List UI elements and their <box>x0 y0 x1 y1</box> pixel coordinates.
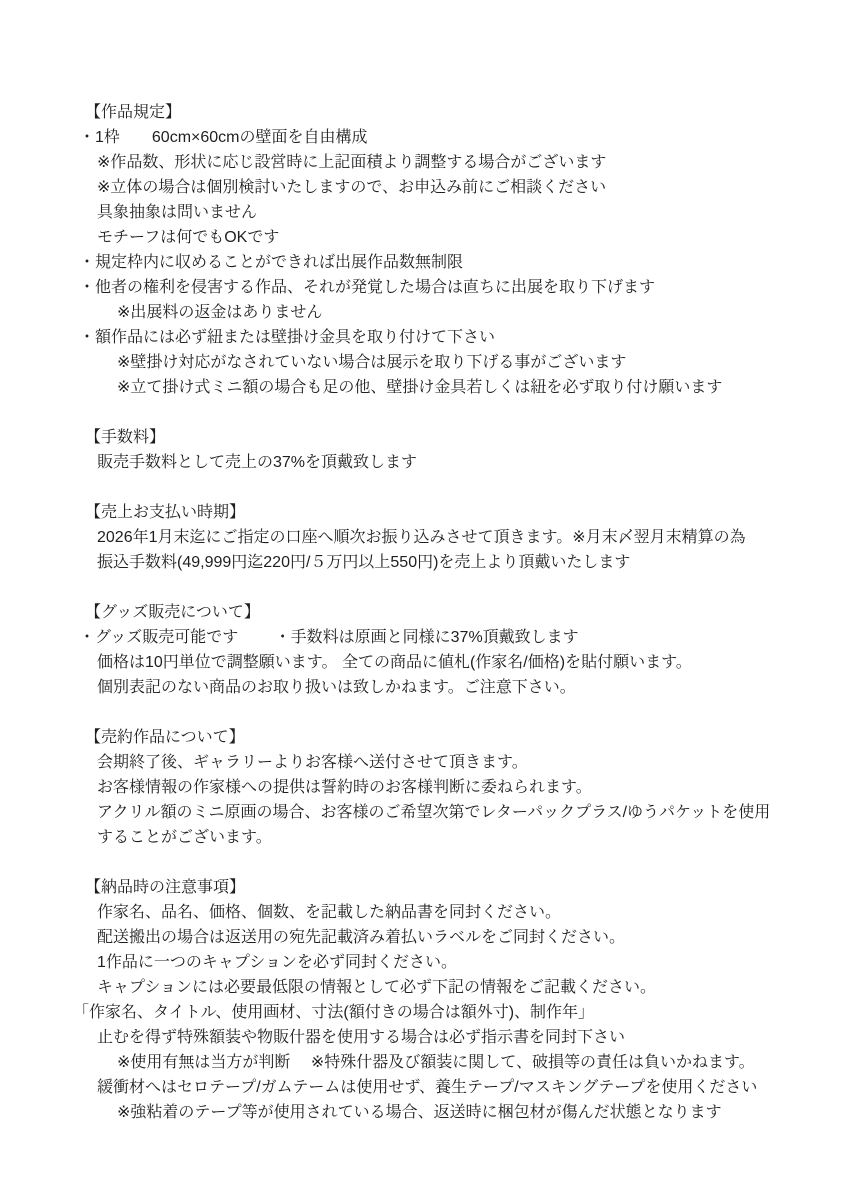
section-sold-works: 【売約作品について】会期終了後、ギャラリーよりお客様へ送付させて頂きます。お客様… <box>85 725 798 850</box>
section-commission: 【手数料】販売手数料として売上の37%を頂戴致します <box>85 425 798 475</box>
doc-line: 個別表記のない商品のお取り扱いは致しかねます。ご注意下さい。 <box>97 675 798 700</box>
doc-line: 会期終了後、ギャラリーよりお客様へ送付させて頂きます。 <box>97 750 798 775</box>
document-body: 【作品規定】・1枠 60cm×60cmの壁面を自由構成※作品数、形状に応じ設営時… <box>0 0 848 1125</box>
doc-line: 具象抽象は問いません <box>97 200 798 225</box>
doc-line: キャプションには必要最低限の情報として必ず下記の情報をご記載ください。 <box>97 975 798 1000</box>
doc-line: ※立体の場合は個別検討いたしますので、お申込み前にご相談ください <box>97 175 798 200</box>
doc-line: ※立て掛け式ミニ額の場合も足の他、壁掛け金具若しくは紐を必ず取り付け願います <box>117 375 798 400</box>
doc-line: ※作品数、形状に応じ設営時に上記面積より調整する場合がございます <box>97 150 798 175</box>
section-heading: 【納品時の注意事項】 <box>85 875 798 900</box>
doc-line: 止むを得ず特殊額装や物販什器を使用する場合は必ず指示書を同封下さい <box>97 1025 798 1050</box>
section-delivery-notes: 【納品時の注意事項】作家名、品名、価格、個数、を記載した納品書を同封ください。配… <box>85 875 798 1125</box>
doc-line: ・額作品には必ず紐または壁掛け金具を取り付けて下さい <box>79 325 798 350</box>
doc-line: ・1枠 60cm×60cmの壁面を自由構成 <box>79 125 798 150</box>
doc-line: 振込手数料(49,999円迄220円/５万円以上550円)を売上より頂戴いたしま… <box>97 550 798 575</box>
doc-line: 作家名、品名、価格、個数、を記載した納品書を同封ください。 <box>97 900 798 925</box>
doc-line: ※使用有無は当方が判断 ※特殊什器及び額装に関して、破損等の責任は負いかねます。 <box>117 1050 798 1075</box>
doc-line: ・グッズ販売可能です ・手数料は原画と同様に37%頂戴致します <box>79 625 798 650</box>
section-heading: 【売上お支払い時期】 <box>85 500 798 525</box>
doc-line: ・他者の権利を侵害する作品、それが発覚した場合は直ちに出展を取り下げます <box>79 275 798 300</box>
doc-line: ※出展料の返金はありません <box>117 300 798 325</box>
doc-line: 「作家名、タイトル、使用画材、寸法(額付きの場合は額外寸)、制作年」 <box>73 1000 798 1025</box>
doc-line: することがございます。 <box>97 825 798 850</box>
doc-line: ※強粘着のテープ等が使用されている場合、返送時に梱包材が傷んだ状態となります <box>117 1100 798 1125</box>
section-payment-schedule: 【売上お支払い時期】2026年1月末迄にご指定の口座へ順次お振り込みさせて頂きま… <box>85 500 798 575</box>
doc-line: 1作品に一つのキャプションを必ず同封ください。 <box>97 950 798 975</box>
doc-line: 価格は10円単位で調整願います。 全ての商品に値札(作家名/価格)を貼付願います… <box>97 650 798 675</box>
section-heading: 【売約作品について】 <box>85 725 798 750</box>
doc-line: 2026年1月末迄にご指定の口座へ順次お振り込みさせて頂きます。※月末〆翌月末精… <box>97 525 798 550</box>
doc-line: 緩衝材へはセロテープ/ガムテームは使用せず、養生テープ/マスキングテープを使用く… <box>97 1075 798 1100</box>
section-work-rules: 【作品規定】・1枠 60cm×60cmの壁面を自由構成※作品数、形状に応じ設営時… <box>85 100 798 400</box>
section-heading: 【手数料】 <box>85 425 798 450</box>
section-heading: 【作品規定】 <box>85 100 798 125</box>
doc-line: モチーフは何でもOKです <box>97 225 798 250</box>
doc-line: ※壁掛け対応がなされていない場合は展示を取り下げる事がございます <box>117 350 798 375</box>
section-heading: 【グッズ販売について】 <box>85 600 798 625</box>
document-page: 【作品規定】・1枠 60cm×60cmの壁面を自由構成※作品数、形状に応じ設営時… <box>0 0 848 1199</box>
doc-line: お客様情報の作家様への提供は誓約時のお客様判断に委ねられます。 <box>97 775 798 800</box>
section-goods-sales: 【グッズ販売について】・グッズ販売可能です ・手数料は原画と同様に37%頂戴致し… <box>85 600 798 700</box>
doc-line: アクリル額のミニ原画の場合、お客様のご希望次第でレターパックプラス/ゆうパケット… <box>97 800 798 825</box>
doc-line: ・規定枠内に収めることができれば出展作品数無制限 <box>79 250 798 275</box>
doc-line: 配送搬出の場合は返送用の宛先記載済み着払いラベルをご同封ください。 <box>97 925 798 950</box>
doc-line: 販売手数料として売上の37%を頂戴致します <box>97 450 798 475</box>
